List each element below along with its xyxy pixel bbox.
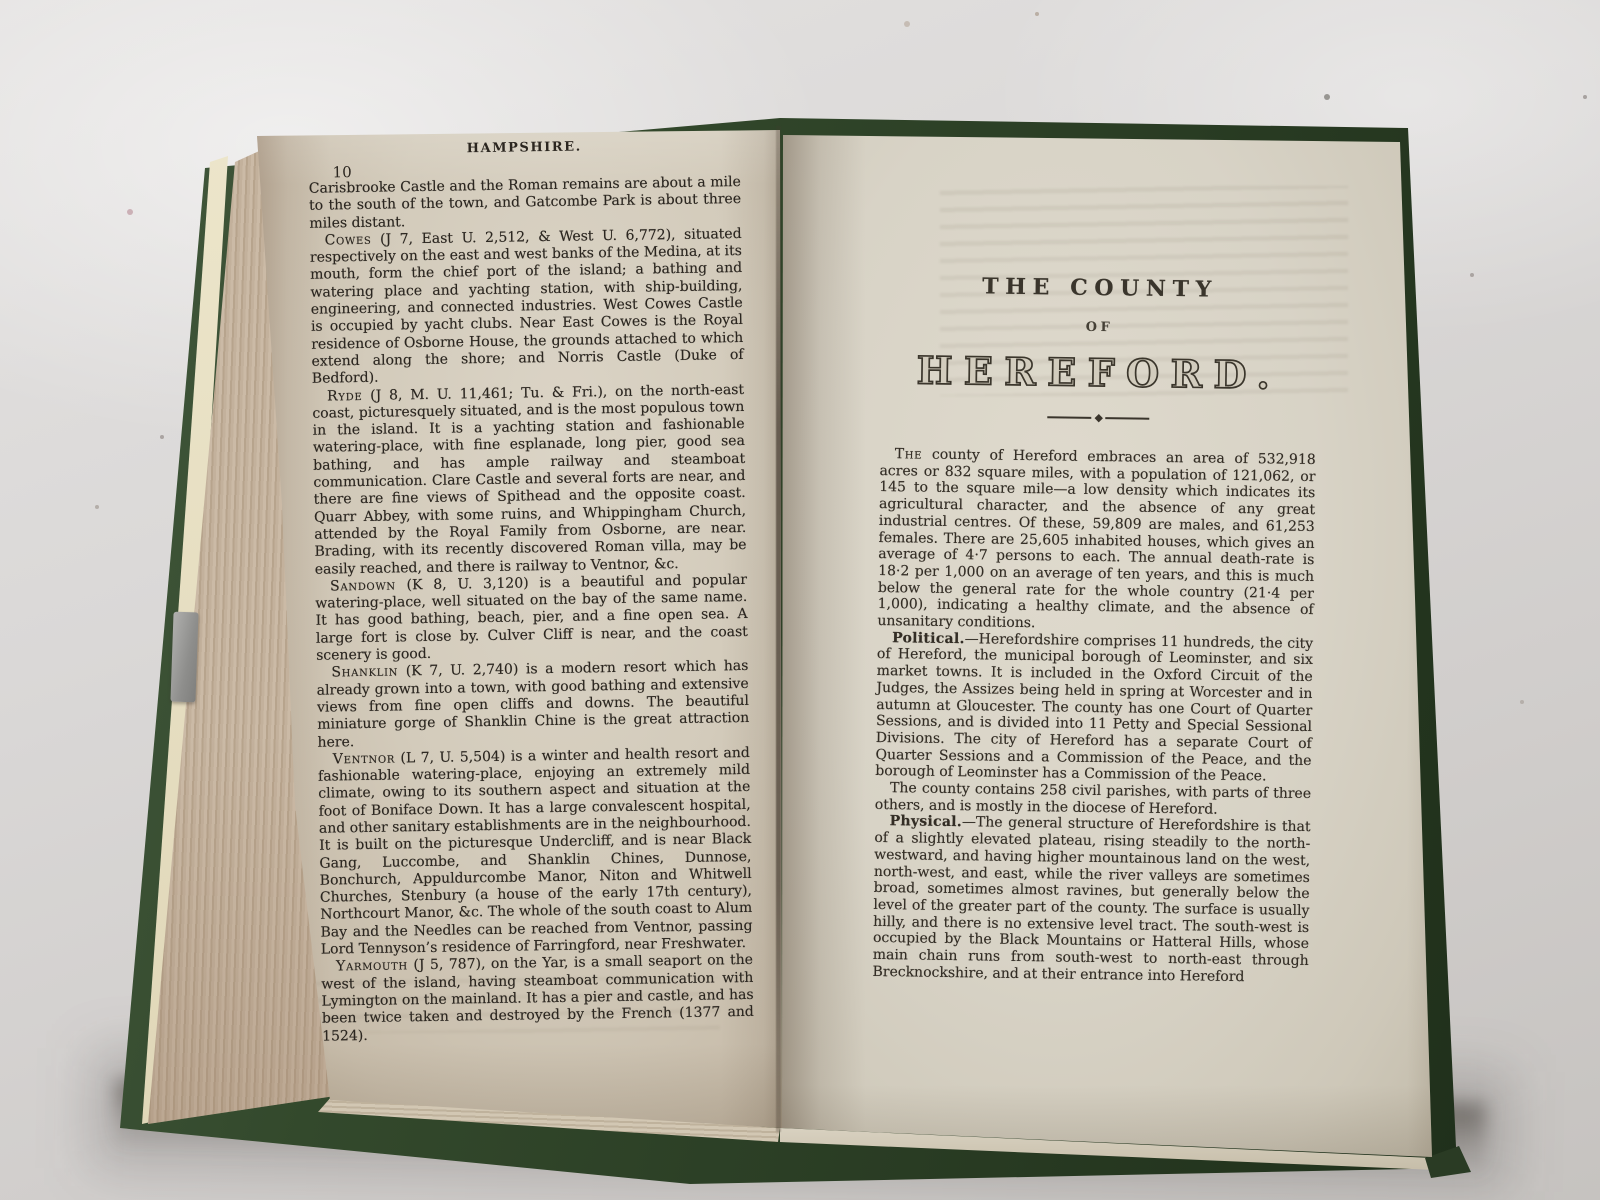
chapter-heading: THE COUNTY OF HEREFORD. ◆ (880, 272, 1318, 426)
fore-edge-tab (170, 612, 198, 703)
paragraph: Yarmouth (J 5, 787), on the Yar, is a sm… (321, 952, 754, 1045)
paragraph: The county of Hereford embraces an area … (877, 446, 1316, 636)
paragraph: Physical.—The general structure of Heref… (872, 813, 1310, 986)
surface-specks (0, 0, 4, 4)
paragraph: Ryde (J 8, M. U. 11,461; Tu. & Fri.), on… (312, 382, 747, 579)
paragraph-lead-word: Sandown (330, 577, 396, 594)
book-gutter (776, 126, 781, 1132)
right-page: THE COUNTY OF HEREFORD. ◆ The county of … (780, 128, 1440, 1168)
paragraph-lead-word: Cowes (325, 232, 372, 249)
paragraph: Cowes (J 7, East U. 2,512, & West U. 6,7… (310, 226, 744, 388)
chapter-heading-county-name: HEREFORD. (881, 347, 1318, 398)
right-page-paragraphs: The county of Hereford embraces an area … (872, 446, 1315, 987)
paragraph-lead-word: Political. (892, 630, 965, 647)
paragraph-lead-word: Physical. (890, 814, 963, 831)
left-page: HAMPSHIRE. 10 Carisbrooke Castle and the… (250, 125, 785, 1135)
paragraph: Carisbrooke Castle and the Roman remains… (309, 174, 742, 233)
ornament-line-right (1105, 417, 1149, 420)
diamond-ornament-icon: ◆ (1094, 413, 1102, 423)
left-page-text-block: HAMPSHIRE. 10 Carisbrooke Castle and the… (308, 131, 754, 1046)
paragraph-lead-word: Yarmouth (336, 958, 408, 975)
paragraph-lead-word: Ventnor (333, 750, 395, 767)
page-number: 10 (332, 163, 351, 181)
left-page-paragraphs: Carisbrooke Castle and the Roman remains… (309, 174, 755, 1046)
chapter-heading-line2: OF (881, 317, 1317, 338)
paragraph: Political.—Herefordshire comprises 11 hu… (875, 630, 1313, 786)
right-page-text-block: THE COUNTY OF HEREFORD. ◆ The county of … (872, 150, 1320, 987)
divider-ornament: ◆ (880, 410, 1316, 426)
book-photo-scene: HAMPSHIRE. 10 Carisbrooke Castle and the… (0, 0, 1600, 1200)
paragraph: Sandown (K 8, U. 3,120) is a beautiful a… (315, 572, 748, 665)
paragraph-lead-word: The (895, 446, 923, 462)
paragraph-lead-word: Shanklin (331, 664, 398, 681)
paragraph: Shanklin (K 7, U. 2,740) is a modern res… (316, 658, 749, 751)
chapter-heading-line1: THE COUNTY (882, 272, 1318, 304)
paragraph: Ventnor (L 7, U. 5,504) is a winter and … (318, 745, 753, 959)
ornament-line-left (1048, 416, 1092, 419)
paragraph-lead-word: Ryde (327, 388, 363, 405)
